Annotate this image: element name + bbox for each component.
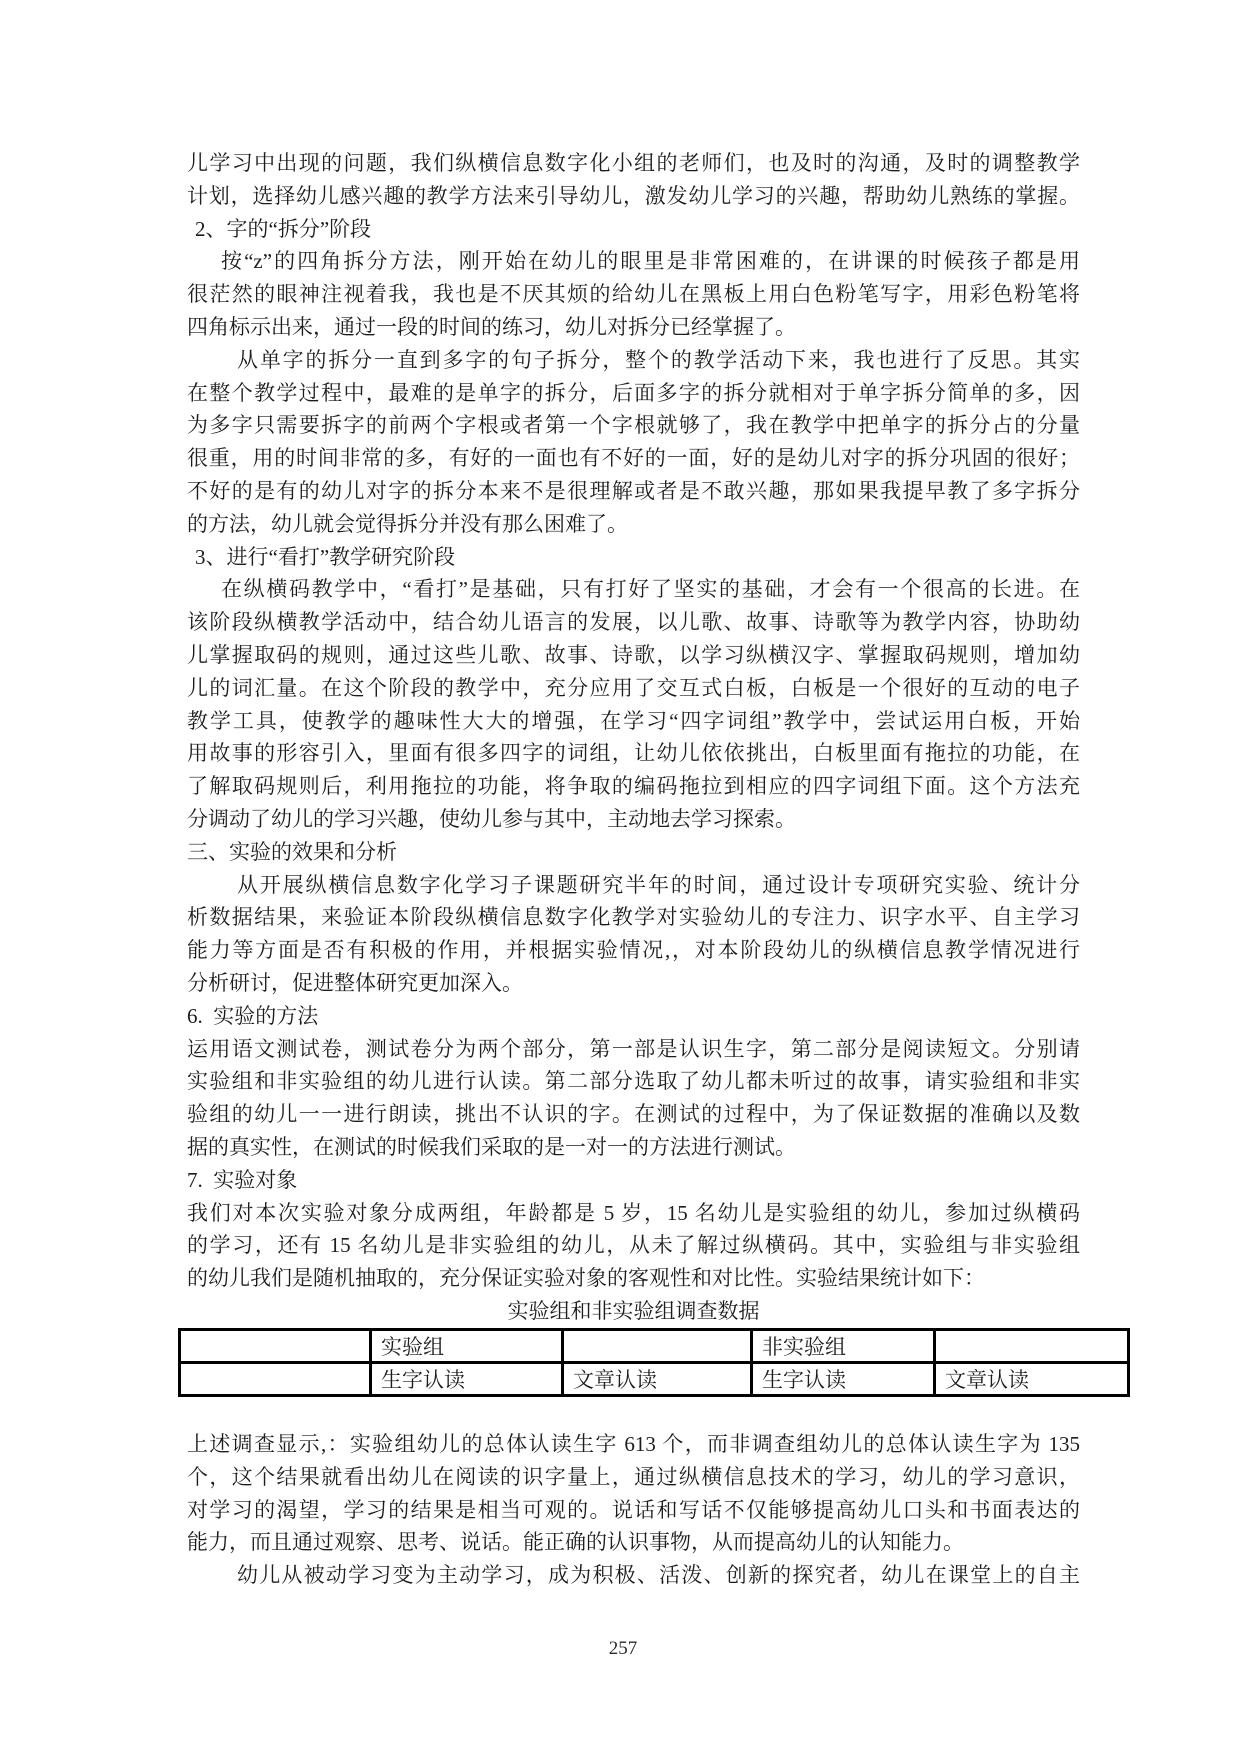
- text-line: 从开展纵横信息数字化学习子课题研究半年的时间，通过设计专项研究实验、统计分: [187, 869, 1080, 902]
- text-line: 3、进行“看打”教学研究阶段: [187, 541, 1080, 574]
- text-line: 分调动了幼儿的学习兴趣，使幼儿参与其中，主动地去学习探索。: [187, 803, 1080, 836]
- text-line: 个，这个结果就看出幼儿在阅读的识字量上，通过纵横信息技术的学习，幼儿的学习意识，: [187, 1461, 1080, 1494]
- text-line: 了解取码规则后，利用拖拉的功能，将争取的编码拖拉到相应的四字词组下面。这个方法充: [187, 770, 1080, 803]
- text-line: 析数据结果，来验证本阶段纵横信息数字化教学对实验幼儿的专注力、识字水平、自主学习: [187, 901, 1080, 934]
- text-line: 验组的幼儿一一进行朗读，挑出不认识的字。在测试的过程中，为了保证数据的准确以及数: [187, 1098, 1080, 1131]
- text-line: 对学习的渴望，学习的结果是相当可观的。说话和写话不仅能够提高幼儿口头和书面表达的: [187, 1494, 1080, 1527]
- text-line: 在纵横码教学中，“看打”是基础，只有打好了坚实的基础，才会有一个很高的长进。在: [187, 573, 1080, 606]
- body-text-bottom: 上述调查显示,：实验组幼儿的总体认读生字 613 个，而非调查组幼儿的总体认读生…: [187, 1428, 1080, 1592]
- text-line: 为多字只需要拆字的前两个字根或者第一个字根就够了，我在教学中把单字的拆分占的分量: [187, 409, 1080, 442]
- text-line: 儿的词汇量。在这个阶段的教学中，充分应用了交互式白板，白板是一个很好的互动的电子: [187, 672, 1080, 705]
- text-line: 运用语文测试卷，测试卷分为两个部分，第一部是认识生字，第二部分是阅读短文。分别请: [187, 1033, 1080, 1066]
- text-line: 2、字的“拆分”阶段: [187, 213, 1080, 246]
- text-line: 该阶段纵横教学活动中，结合幼儿语言的发展，以儿歌、故事、诗歌等为教学内容，协助幼: [187, 606, 1080, 639]
- table-cell: 文章认读: [935, 1363, 1129, 1396]
- text-line: 能力等方面是否有积极的作用，并根据实验情况,，对本阶段幼儿的纵横信息教学情况进行: [187, 934, 1080, 967]
- text-line: 实验组和非实验组的幼儿进行认读。第二部分选取了幼儿都未听过的故事，请实验组和非实: [187, 1065, 1080, 1098]
- text-line: 计划，选择幼儿感兴趣的教学方法来引导幼儿，激发幼儿学习的兴趣，帮助幼儿熟练的掌握…: [187, 180, 1080, 213]
- text-line: 上述调查显示,：实验组幼儿的总体认读生字 613 个，而非调查组幼儿的总体认读生…: [187, 1428, 1080, 1461]
- text-line: 幼儿从被动学习变为主动学习，成为积极、活泼、创新的探究者，幼儿在课堂上的自主: [187, 1559, 1080, 1592]
- text-line: 的方法，幼儿就会觉得拆分并没有那么困难了。: [187, 508, 1080, 541]
- text-line: 6. 实验的方法: [187, 1000, 1080, 1033]
- document-page: 儿学习中出现的问题，我们纵横信息数字化小组的老师们，也及时的沟通，及时的调整教学…: [0, 0, 1246, 1763]
- body-text-top: 儿学习中出现的问题，我们纵横信息数字化小组的老师们，也及时的沟通，及时的调整教学…: [187, 147, 1080, 1295]
- text-line: 教学工具，使教学的趣味性大大的增强，在学习“四字词组”教学中，尝试运用白板，开始: [187, 705, 1080, 738]
- text-line: 在整个教学过程中，最难的是单字的拆分，后面多字的拆分就相对于单字拆分简单的多，因: [187, 377, 1080, 410]
- text-line: 据的真实性，在测试的时候我们采取的是一对一的方法进行测试。: [187, 1131, 1080, 1164]
- table-cell: [935, 1330, 1129, 1363]
- table-cell: [180, 1330, 371, 1363]
- table-cell: 实验组: [371, 1330, 563, 1363]
- text-line: 分析研讨，促进整体研究更加深入。: [187, 967, 1080, 1000]
- survey-table: 实验组非实验组生字认读文章认读生字认读文章认读: [178, 1328, 1130, 1397]
- table-cell: [563, 1330, 752, 1363]
- table-cell: 文章认读: [563, 1363, 752, 1396]
- text-line: 很茫然的眼神注视着我，我也是不厌其烦的给幼儿在黑板上用白色粉笔写字，用彩色粉笔将: [187, 278, 1080, 311]
- text-line: 儿学习中出现的问题，我们纵横信息数字化小组的老师们，也及时的沟通，及时的调整教学: [187, 147, 1080, 180]
- text-line: 的幼儿我们是随机抽取的，充分保证实验对象的客观性和对比性。实验结果统计如下：: [187, 1262, 1080, 1295]
- text-line: 能力，而且通过观察、思考、说话。能正确的认识事物，从而提高幼儿的认知能力。: [187, 1526, 1080, 1559]
- table-cell: [180, 1363, 371, 1396]
- text-line: 儿掌握取码的规则，通过这些儿歌、故事、诗歌，以学习纵横汉字、掌握取码规则，增加幼: [187, 639, 1080, 672]
- text-line: 三、实验的效果和分析: [187, 836, 1080, 869]
- table-cell: 生字认读: [371, 1363, 563, 1396]
- text-line: 按“z”的四角拆分方法，刚开始在幼儿的眼里是非常困难的，在讲课的时候孩子都是用: [187, 245, 1080, 278]
- text-line: 的学习，还有 15 名幼儿是非实验组的幼儿，从未了解过纵横码。其中，实验组与非实…: [187, 1229, 1080, 1262]
- text-line: 我们对本次实验对象分成两组，年龄都是 5 岁，15 名幼儿是实验组的幼儿，参加过…: [187, 1197, 1080, 1230]
- text-line: 7. 实验对象: [187, 1164, 1080, 1197]
- page-number: 257: [0, 1637, 1246, 1661]
- table-cell: 生字认读: [752, 1363, 935, 1396]
- text-line: 从单字的拆分一直到多字的句子拆分，整个的教学活动下来，我也进行了反思。其实: [187, 344, 1080, 377]
- table-caption: 实验组和非实验组调查数据: [187, 1295, 1080, 1328]
- table-cell: 非实验组: [752, 1330, 935, 1363]
- text-line: 四角标示出来，通过一段的时间的练习，幼儿对拆分已经掌握了。: [187, 311, 1080, 344]
- text-line: 不好的是有的幼儿对字的拆分本来不是很理解或者是不敢兴趣，那如果我提早教了多字拆分: [187, 475, 1080, 508]
- text-line: 用故事的形容引入，里面有很多四字的词组，让幼儿依依挑出，白板里面有拖拉的功能，在: [187, 737, 1080, 770]
- table-row: 生字认读文章认读生字认读文章认读: [180, 1363, 1129, 1396]
- text-line: 很重，用的时间非常的多，有好的一面也有不好的一面，好的是幼儿对字的拆分巩固的很好…: [187, 442, 1080, 475]
- table-row: 实验组非实验组: [180, 1330, 1129, 1363]
